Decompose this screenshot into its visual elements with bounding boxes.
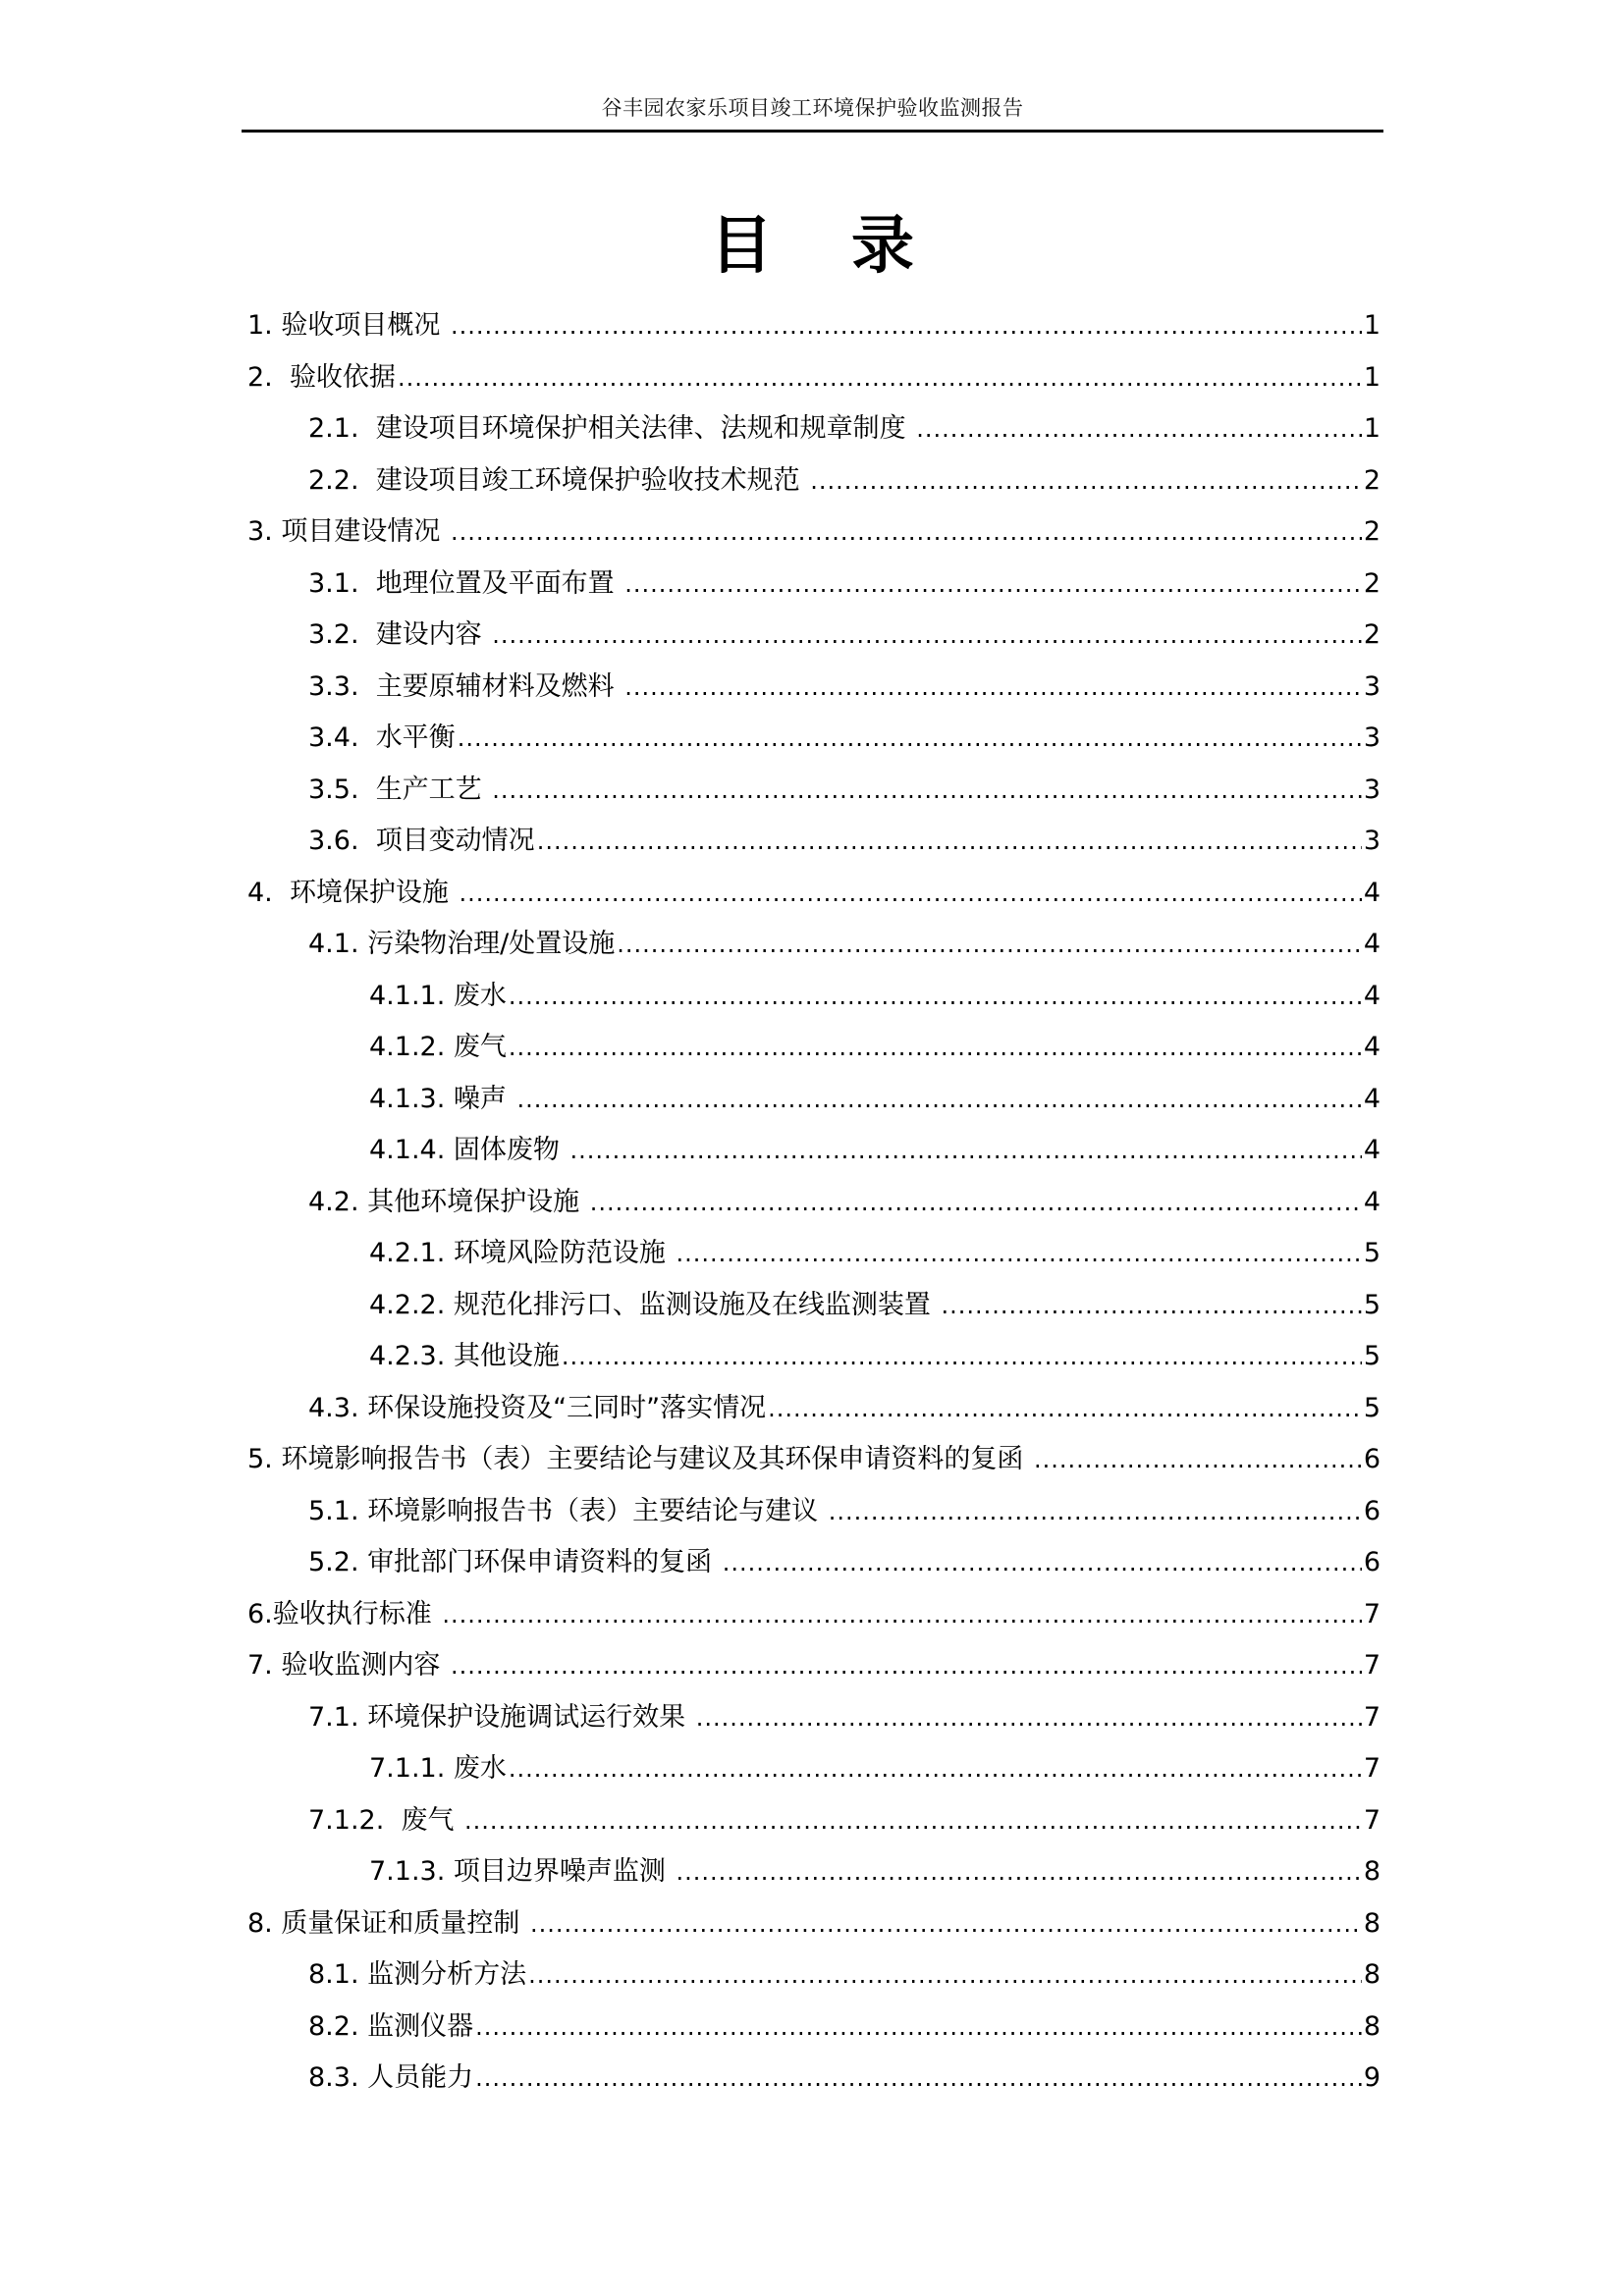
toc-entry-title: 项目建设情况 <box>281 512 449 552</box>
header-divider <box>242 130 1383 133</box>
toc-entry[interactable]: 3.1. 地理位置及平面布置 2 <box>247 564 1380 616</box>
toc-entry-title: 环境保护设施 <box>290 874 458 913</box>
toc-entry-title: 环保设施投资及“三同时”落实情况 <box>367 1389 766 1428</box>
dot-leader <box>624 667 1362 707</box>
toc-entry-number: 4.2.1. <box>369 1234 454 1273</box>
toc-entry-page: 7 <box>1364 1749 1380 1789</box>
toc-entry-number: 4.2.2. <box>369 1286 454 1325</box>
toc-entry-page: 4 <box>1364 1183 1380 1222</box>
toc-entry-page: 3 <box>1364 822 1380 861</box>
toc-entry[interactable]: 4.1.3. 噪声 4 <box>247 1080 1380 1132</box>
toc-entry[interactable]: 7.1.1. 废水 7 <box>247 1749 1380 1801</box>
toc-entry-number: 8.2. <box>308 2007 367 2047</box>
toc-entry-number: 3.5. <box>308 771 376 810</box>
dot-leader <box>829 1492 1362 1531</box>
toc-entry-title: 主要原辅材料及燃料 <box>376 667 623 707</box>
toc-entry-title: 规范化排污口、监测设施及在线监测装置 <box>454 1286 940 1325</box>
toc-entry-page: 9 <box>1364 2058 1380 2098</box>
toc-title: 目录 <box>0 204 1624 289</box>
toc-entry-title: 环境风险防范设施 <box>454 1234 675 1273</box>
dot-leader <box>492 771 1362 810</box>
toc-entry[interactable]: 4.1.4. 固体废物 4 <box>247 1131 1380 1183</box>
toc-entry-number: 5. <box>247 1440 281 1479</box>
dot-leader <box>617 925 1362 964</box>
toc-entry[interactable]: 3.5. 生产工艺 3 <box>247 771 1380 823</box>
toc-entry-page: 1 <box>1364 358 1380 398</box>
dot-leader <box>442 1595 1361 1634</box>
toc-entry-title: 验收监测内容 <box>281 1646 449 1685</box>
toc-entry[interactable]: 4.2.1. 环境风险防范设施 5 <box>247 1234 1380 1286</box>
toc-entry-title: 废气 <box>454 1028 507 1067</box>
toc-entry[interactable]: 7.1.2. 废气 7 <box>247 1801 1380 1853</box>
dot-leader <box>509 1028 1362 1067</box>
toc-entry-page: 1 <box>1364 409 1380 449</box>
toc-entry-number: 4.2. <box>308 1183 367 1222</box>
toc-entry-number: 2.2. <box>308 461 376 501</box>
toc-entry[interactable]: 5.1. 环境影响报告书（表）主要结论与建议 6 <box>247 1492 1380 1544</box>
toc-entry-number: 8. <box>247 1904 281 1944</box>
page-header: 谷丰园农家乐项目竣工环境保护验收监测报告 <box>242 94 1383 133</box>
dot-leader <box>768 1389 1362 1428</box>
toc-entry-page: 7 <box>1364 1595 1380 1634</box>
dot-leader <box>696 1698 1362 1737</box>
toc-entry-number: 4.1.4. <box>369 1131 454 1170</box>
toc-entry[interactable]: 8.1. 监测分析方法 8 <box>247 1955 1380 2007</box>
toc-entry-number: 2.1. <box>308 409 376 449</box>
toc-entry[interactable]: 2.1. 建设项目环境保护相关法律、法规和规章制度 1 <box>247 409 1380 461</box>
toc-entry[interactable]: 4.2. 其他环境保护设施 4 <box>247 1183 1380 1235</box>
dot-leader <box>509 977 1362 1016</box>
toc-title-char: 目 <box>710 204 773 289</box>
toc-list: 1. 验收项目概况 1 2. 验收依据 1 2.1. 建设项目环境保护相关法律、… <box>247 306 1380 2110</box>
toc-entry-title: 监测仪器 <box>367 2007 473 2047</box>
toc-entry[interactable]: 4.1.2. 废气 4 <box>247 1028 1380 1080</box>
dot-leader <box>537 822 1362 861</box>
toc-entry-title: 建设项目竣工环境保护验收技术规范 <box>376 461 809 501</box>
toc-entry-page: 4 <box>1364 1028 1380 1067</box>
dot-leader <box>451 306 1362 346</box>
dot-leader <box>451 1646 1362 1685</box>
toc-entry[interactable]: 4.2.2. 规范化排污口、监测设施及在线监测装置 5 <box>247 1286 1380 1338</box>
toc-entry-number: 8.1. <box>308 1955 367 1995</box>
toc-entry-page: 4 <box>1364 1080 1380 1119</box>
dot-leader <box>676 1234 1361 1273</box>
toc-entry-title: 项目变动情况 <box>376 822 535 861</box>
toc-entry-title: 审批部门环保申请资料的复函 <box>367 1543 721 1582</box>
toc-entry[interactable]: 1. 验收项目概况 1 <box>247 306 1380 358</box>
toc-entry[interactable]: 4.2.3. 其他设施 5 <box>247 1337 1380 1389</box>
dot-leader <box>458 719 1362 758</box>
toc-entry-page: 5 <box>1364 1234 1380 1273</box>
dot-leader <box>916 409 1362 449</box>
dot-leader <box>562 1337 1362 1376</box>
toc-entry-title: 废水 <box>454 1749 507 1789</box>
toc-entry-page: 6 <box>1364 1543 1380 1582</box>
toc-entry-number: 4.2.3. <box>369 1337 454 1376</box>
toc-entry-number: 7.1.2. <box>308 1801 401 1841</box>
toc-entry-page: 3 <box>1364 771 1380 810</box>
toc-entry-page: 6 <box>1364 1440 1380 1479</box>
toc-entry-title: 固体废物 <box>454 1131 568 1170</box>
toc-entry-page: 7 <box>1364 1801 1380 1841</box>
dot-leader <box>530 1904 1362 1944</box>
dot-leader <box>475 2007 1362 2047</box>
toc-entry-page: 8 <box>1364 2007 1380 2047</box>
toc-entry-number: 4.1. <box>308 925 367 964</box>
dot-leader <box>569 1131 1361 1170</box>
dot-leader <box>1034 1440 1362 1479</box>
toc-entry-number: 3.4. <box>308 719 376 758</box>
toc-entry-page: 2 <box>1364 615 1380 655</box>
dot-leader <box>509 1749 1362 1789</box>
dot-leader <box>460 874 1362 913</box>
toc-entry[interactable]: 3.2. 建设内容 2 <box>247 615 1380 667</box>
toc-entry-page: 7 <box>1364 1698 1380 1737</box>
toc-entry-number: 3.2. <box>308 615 376 655</box>
toc-entry-page: 2 <box>1364 512 1380 552</box>
toc-entry[interactable]: 3.4. 水平衡 3 <box>247 719 1380 771</box>
toc-entry-page: 8 <box>1364 1904 1380 1944</box>
toc-entry-number: 4.1.2. <box>369 1028 454 1067</box>
dot-leader <box>516 1080 1361 1119</box>
toc-entry-number: 7.1.3. <box>369 1852 454 1892</box>
toc-entry-title: 污染物治理/处置设施 <box>367 925 615 964</box>
dot-leader <box>941 1286 1361 1325</box>
toc-entry-title: 监测分析方法 <box>367 1955 526 1995</box>
toc-entry[interactable]: 3.6. 项目变动情况 3 <box>247 822 1380 874</box>
toc-entry-title: 建设项目环境保护相关法律、法规和规章制度 <box>376 409 915 449</box>
toc-entry-title: 废水 <box>454 977 507 1016</box>
toc-entry-title: 其他环境保护设施 <box>367 1183 588 1222</box>
toc-entry-number: 3. <box>247 512 281 552</box>
dot-leader <box>475 2058 1362 2098</box>
toc-entry[interactable]: 2. 验收依据 1 <box>247 358 1380 410</box>
toc-entry-number: 7.1. <box>308 1698 367 1737</box>
toc-entry-number: 4. <box>247 874 290 913</box>
dot-leader <box>398 358 1362 398</box>
toc-entry[interactable]: 8.3. 人员能力 9 <box>247 2058 1380 2110</box>
toc-entry-number: 6. <box>247 1595 273 1634</box>
toc-entry-page: 4 <box>1364 874 1380 913</box>
toc-entry-number: 4.1.3. <box>369 1080 454 1119</box>
dot-leader <box>723 1543 1362 1582</box>
toc-entry[interactable]: 7.1.3. 项目边界噪声监测 8 <box>247 1852 1380 1904</box>
toc-entry-number: 3.6. <box>308 822 376 861</box>
toc-entry-page: 4 <box>1364 977 1380 1016</box>
toc-entry-title: 验收依据 <box>290 358 396 398</box>
toc-entry-page: 4 <box>1364 1131 1380 1170</box>
toc-entry-number: 3.1. <box>308 564 376 604</box>
dot-leader <box>464 1801 1362 1841</box>
toc-entry-page: 2 <box>1364 461 1380 501</box>
toc-entry-title: 建设内容 <box>376 615 491 655</box>
toc-entry[interactable]: 3.3. 主要原辅材料及燃料 3 <box>247 667 1380 720</box>
toc-title-char: 录 <box>851 204 914 289</box>
dot-leader <box>492 615 1362 655</box>
toc-entry-number: 7.1.1. <box>369 1749 454 1789</box>
toc-entry[interactable]: 4. 环境保护设施 4 <box>247 874 1380 926</box>
toc-entry-number: 8.3. <box>308 2058 367 2098</box>
toc-entry[interactable]: 2.2. 建设项目竣工环境保护验收技术规范 2 <box>247 461 1380 513</box>
toc-entry[interactable]: 3. 项目建设情况 2 <box>247 512 1380 564</box>
toc-entry-title: 环境影响报告书（表）主要结论与建议及其环保申请资料的复函 <box>281 1440 1032 1479</box>
toc-entry-title: 地理位置及平面布置 <box>376 564 623 604</box>
toc-entry-number: 2. <box>247 358 290 398</box>
toc-entry-title: 水平衡 <box>376 719 456 758</box>
dot-leader <box>528 1955 1362 1995</box>
toc-entry[interactable]: 6. 验收执行标准 7 <box>247 1595 1380 1647</box>
toc-entry-number: 3.3. <box>308 667 376 707</box>
toc-entry-title: 质量保证和质量控制 <box>281 1904 528 1944</box>
dot-leader <box>451 512 1362 552</box>
toc-entry-page: 5 <box>1364 1286 1380 1325</box>
toc-entry-title: 废气 <box>401 1801 462 1841</box>
toc-entry-title: 验收项目概况 <box>281 306 449 346</box>
toc-entry-page: 8 <box>1364 1955 1380 1995</box>
toc-entry-page: 8 <box>1364 1852 1380 1892</box>
dot-leader <box>676 1852 1361 1892</box>
toc-entry[interactable]: 7.1. 环境保护设施调试运行效果 7 <box>247 1698 1380 1750</box>
toc-entry-number: 5.2. <box>308 1543 367 1582</box>
toc-entry-page: 4 <box>1364 925 1380 964</box>
toc-entry-number: 4.1.1. <box>369 977 454 1016</box>
toc-entry-title: 噪声 <box>454 1080 515 1119</box>
toc-entry-title: 人员能力 <box>367 2058 473 2098</box>
toc-entry-title: 环境影响报告书（表）主要结论与建议 <box>367 1492 827 1531</box>
toc-entry[interactable]: 8. 质量保证和质量控制 8 <box>247 1904 1380 1956</box>
toc-entry-page: 3 <box>1364 667 1380 707</box>
toc-entry-page: 6 <box>1364 1492 1380 1531</box>
toc-entry[interactable]: 5. 环境影响报告书（表）主要结论与建议及其环保申请资料的复函 6 <box>247 1440 1380 1492</box>
dot-leader <box>590 1183 1362 1222</box>
toc-entry-title: 环境保护设施调试运行效果 <box>367 1698 694 1737</box>
toc-entry[interactable]: 8.2. 监测仪器 8 <box>247 2007 1380 2059</box>
toc-entry[interactable]: 7. 验收监测内容 7 <box>247 1646 1380 1698</box>
dot-leader <box>810 461 1362 501</box>
toc-entry-number: 4.3. <box>308 1389 367 1428</box>
toc-entry-title: 其他设施 <box>454 1337 560 1376</box>
toc-entry-number: 5.1. <box>308 1492 367 1531</box>
toc-entry-number: 7. <box>247 1646 281 1685</box>
toc-entry[interactable]: 4.1. 污染物治理/处置设施 4 <box>247 925 1380 977</box>
toc-entry-number: 1. <box>247 306 281 346</box>
toc-entry-page: 5 <box>1364 1337 1380 1376</box>
toc-entry-title: 验收执行标准 <box>273 1595 441 1634</box>
toc-entry-page: 3 <box>1364 719 1380 758</box>
dot-leader <box>624 564 1362 604</box>
toc-entry[interactable]: 4.1.1. 废水 4 <box>247 977 1380 1029</box>
toc-entry-page: 5 <box>1364 1389 1380 1428</box>
toc-entry[interactable]: 5.2. 审批部门环保申请资料的复函 6 <box>247 1543 1380 1595</box>
toc-entry-title: 项目边界噪声监测 <box>454 1852 675 1892</box>
toc-entry-page: 2 <box>1364 564 1380 604</box>
toc-entry-title: 生产工艺 <box>376 771 491 810</box>
toc-entry[interactable]: 4.3. 环保设施投资及“三同时”落实情况 5 <box>247 1389 1380 1441</box>
toc-entry-page: 1 <box>1364 306 1380 346</box>
toc-entry-page: 7 <box>1364 1646 1380 1685</box>
